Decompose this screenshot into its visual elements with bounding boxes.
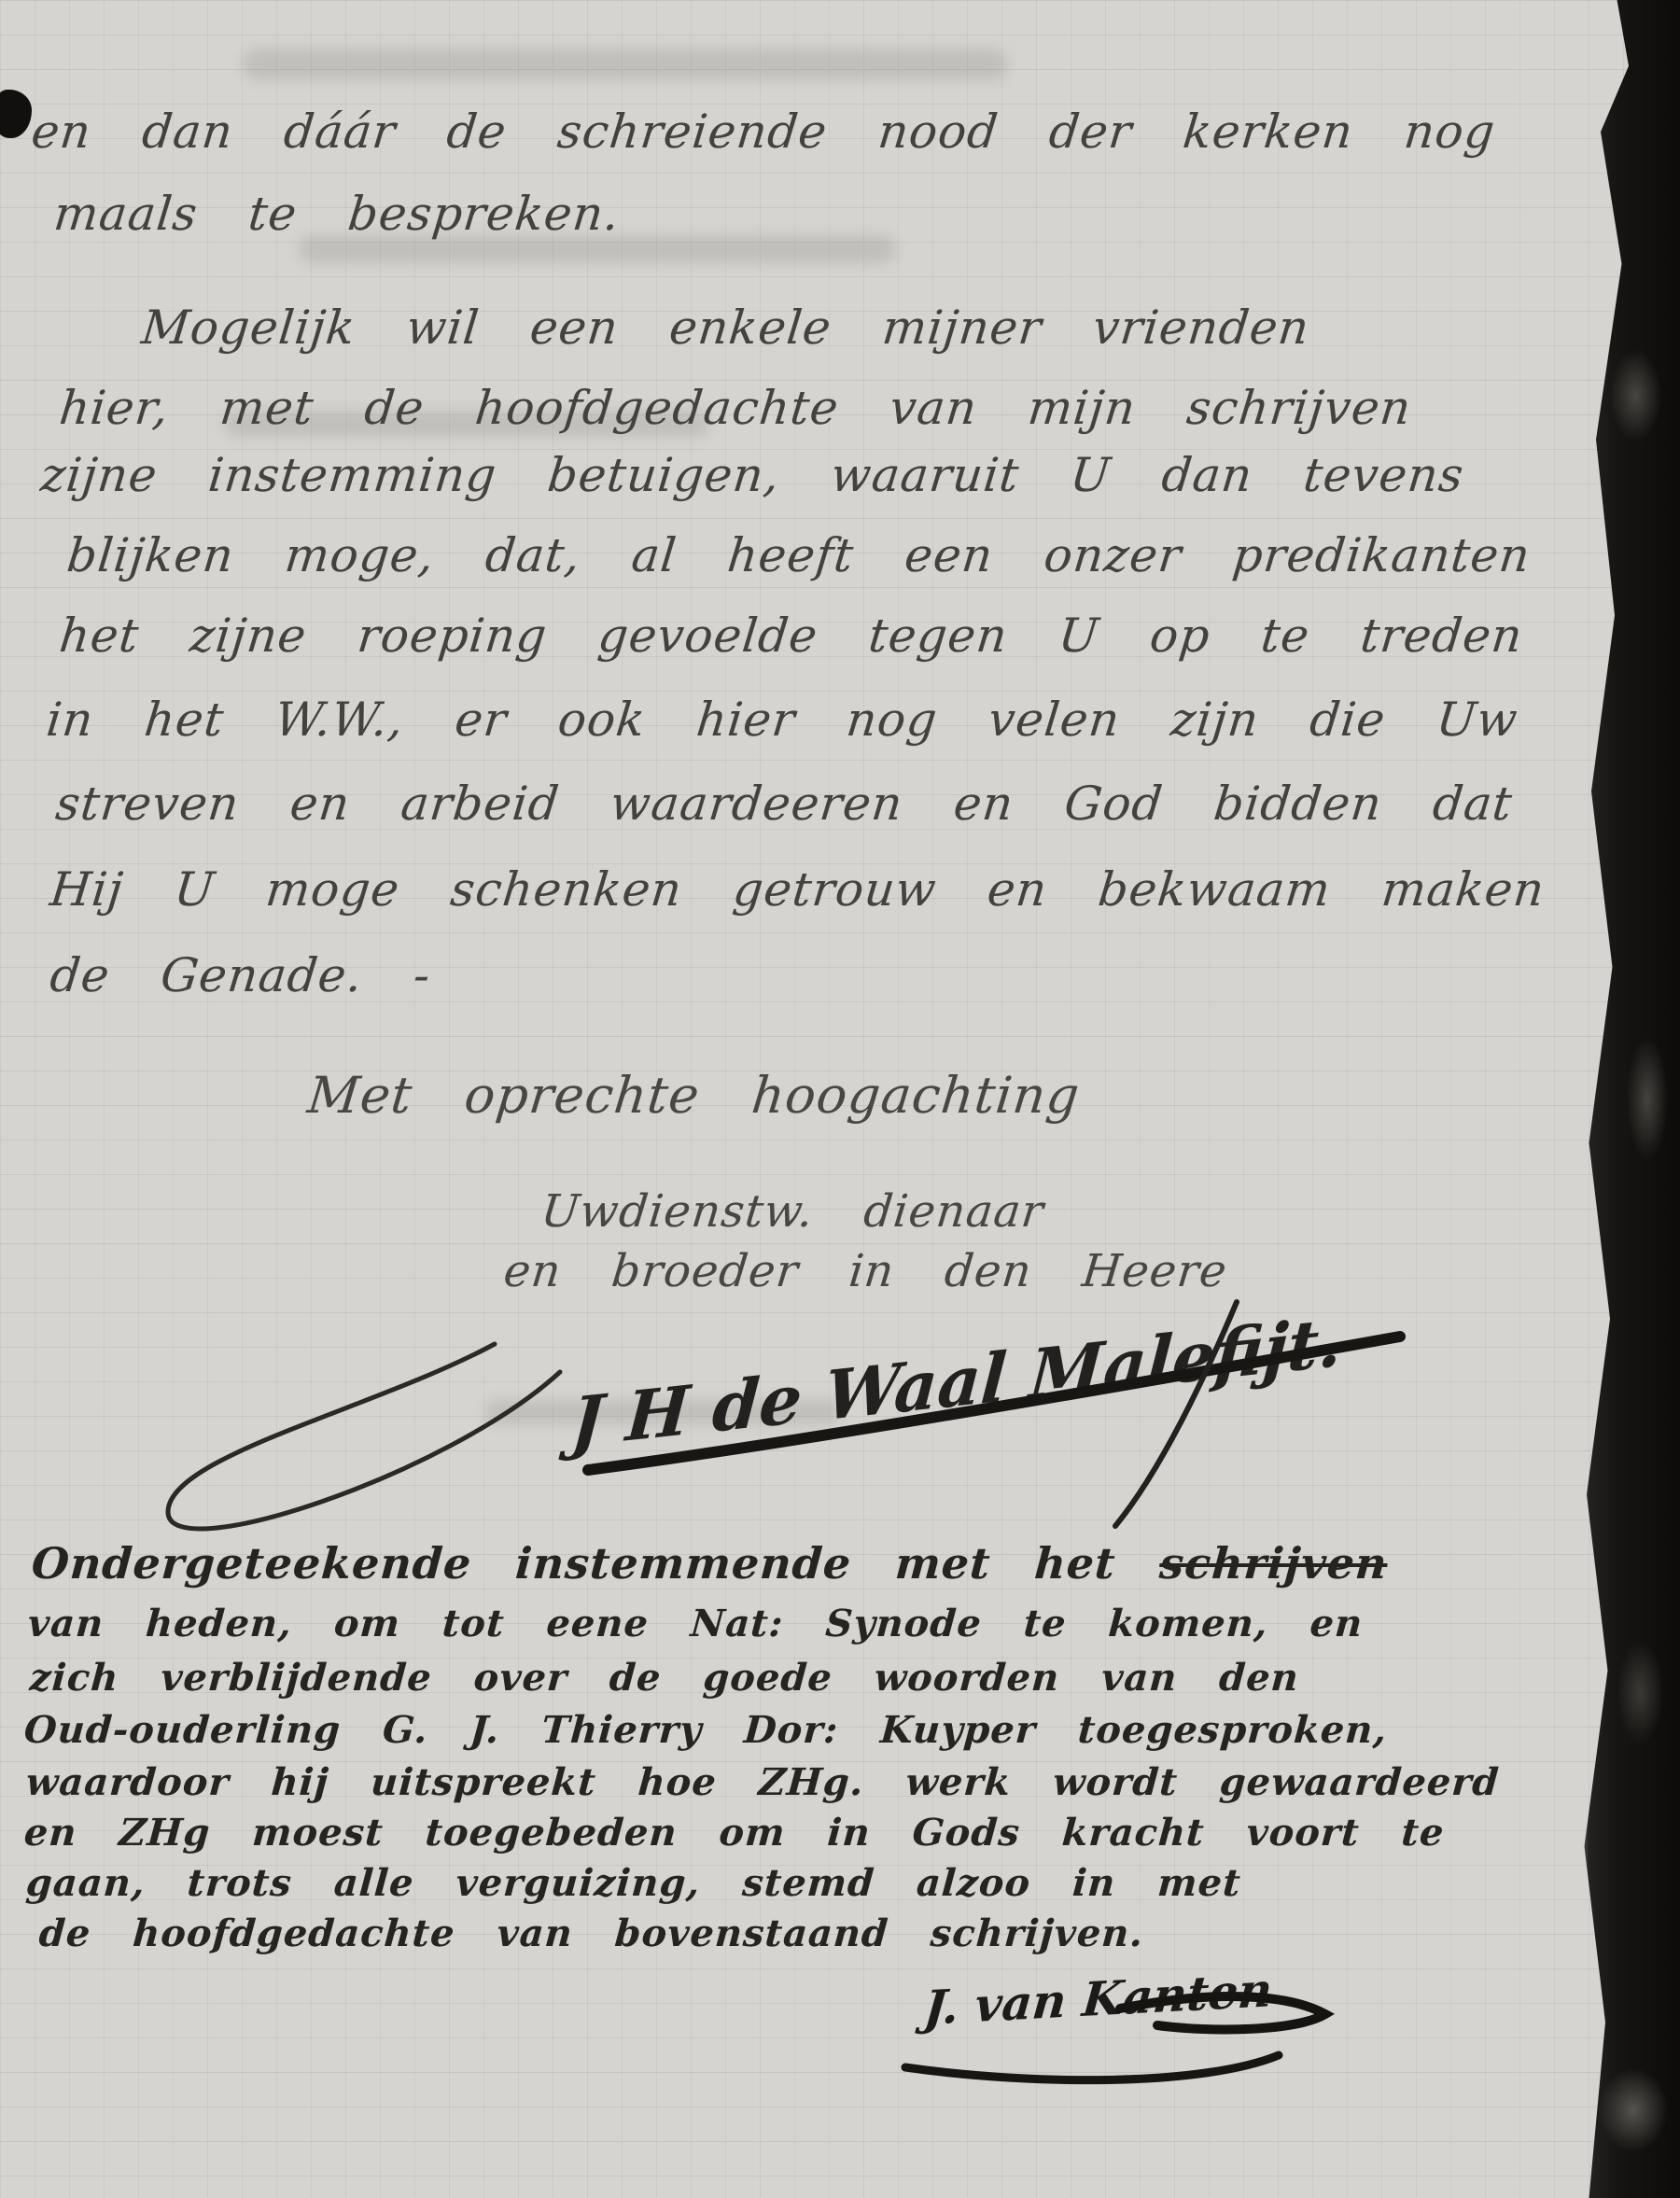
letter-line: zijne instemming betuigen, waaruit U dan… — [38, 448, 1466, 502]
letter-line: Hij U moge schenken getrouw en bekwaam m… — [48, 862, 1547, 917]
ink-blot — [0, 90, 32, 138]
scanned-letter-page: en dan dáár de schreiende nood der kerke… — [0, 0, 1680, 2198]
struck-word: schrijven — [1158, 1538, 1390, 1589]
primary-signature: J H de Waal Malefijt. — [568, 1301, 1344, 1463]
secondary-signature: J. van Kanten — [922, 1962, 1275, 2036]
letter-line: de Genade. - — [48, 948, 433, 1002]
postscript-line: zich verblijdende over de goede woorden … — [28, 1656, 1300, 1700]
bleed-through-smudge — [243, 49, 1008, 80]
letter-line: blijken moge, dat, al heeft een onzer pr… — [64, 528, 1533, 582]
postscript-line: waardoor hij uitspreekt hoe ZHg. werk wo… — [24, 1760, 1501, 1804]
letter-line: en dan dáár de schreiende nood der kerke… — [29, 105, 1498, 159]
letter-line: streven en arbeid waardeeren en God bidd… — [53, 777, 1515, 831]
letter-line: maals te bespreken. — [51, 187, 623, 241]
postscript-line: gaan, trots alle verguizing, stemd alzoo… — [24, 1861, 1242, 1905]
postscript-line: Ondergeteekende instemmende met het schr… — [30, 1538, 1389, 1589]
letter-line: Mogelijk wil een enkele mijner vrienden — [139, 301, 1312, 355]
postscript-line: Oud-ouderling G. J. Thierry Dor: Kuyper … — [22, 1708, 1389, 1752]
closing-line: Uwdienstw. dienaar — [539, 1185, 1046, 1238]
book-binding-edge — [1563, 0, 1680, 2198]
closing-line: en broeder in den Heere — [501, 1245, 1230, 1297]
letter-line: het zijne roeping gevoelde tegen U op te… — [57, 609, 1525, 663]
letter-line: hier, met de hoofdgedachte van mijn schr… — [57, 381, 1414, 435]
postscript-line: van heden, om tot eene Nat: Synode te ko… — [26, 1602, 1365, 1645]
postscript-line: en ZHg moest toegebeden om in Gods krach… — [22, 1811, 1446, 1855]
postscript-line: de hoofdgedachte van bovenstaand schrijv… — [37, 1911, 1145, 1955]
letter-line: in het W.W., er ook hier nog velen zijn … — [44, 693, 1520, 747]
postscript-text: Ondergeteekende instemmende met het — [30, 1538, 1117, 1589]
closing-line: Met oprechte hoogachting — [305, 1066, 1083, 1125]
